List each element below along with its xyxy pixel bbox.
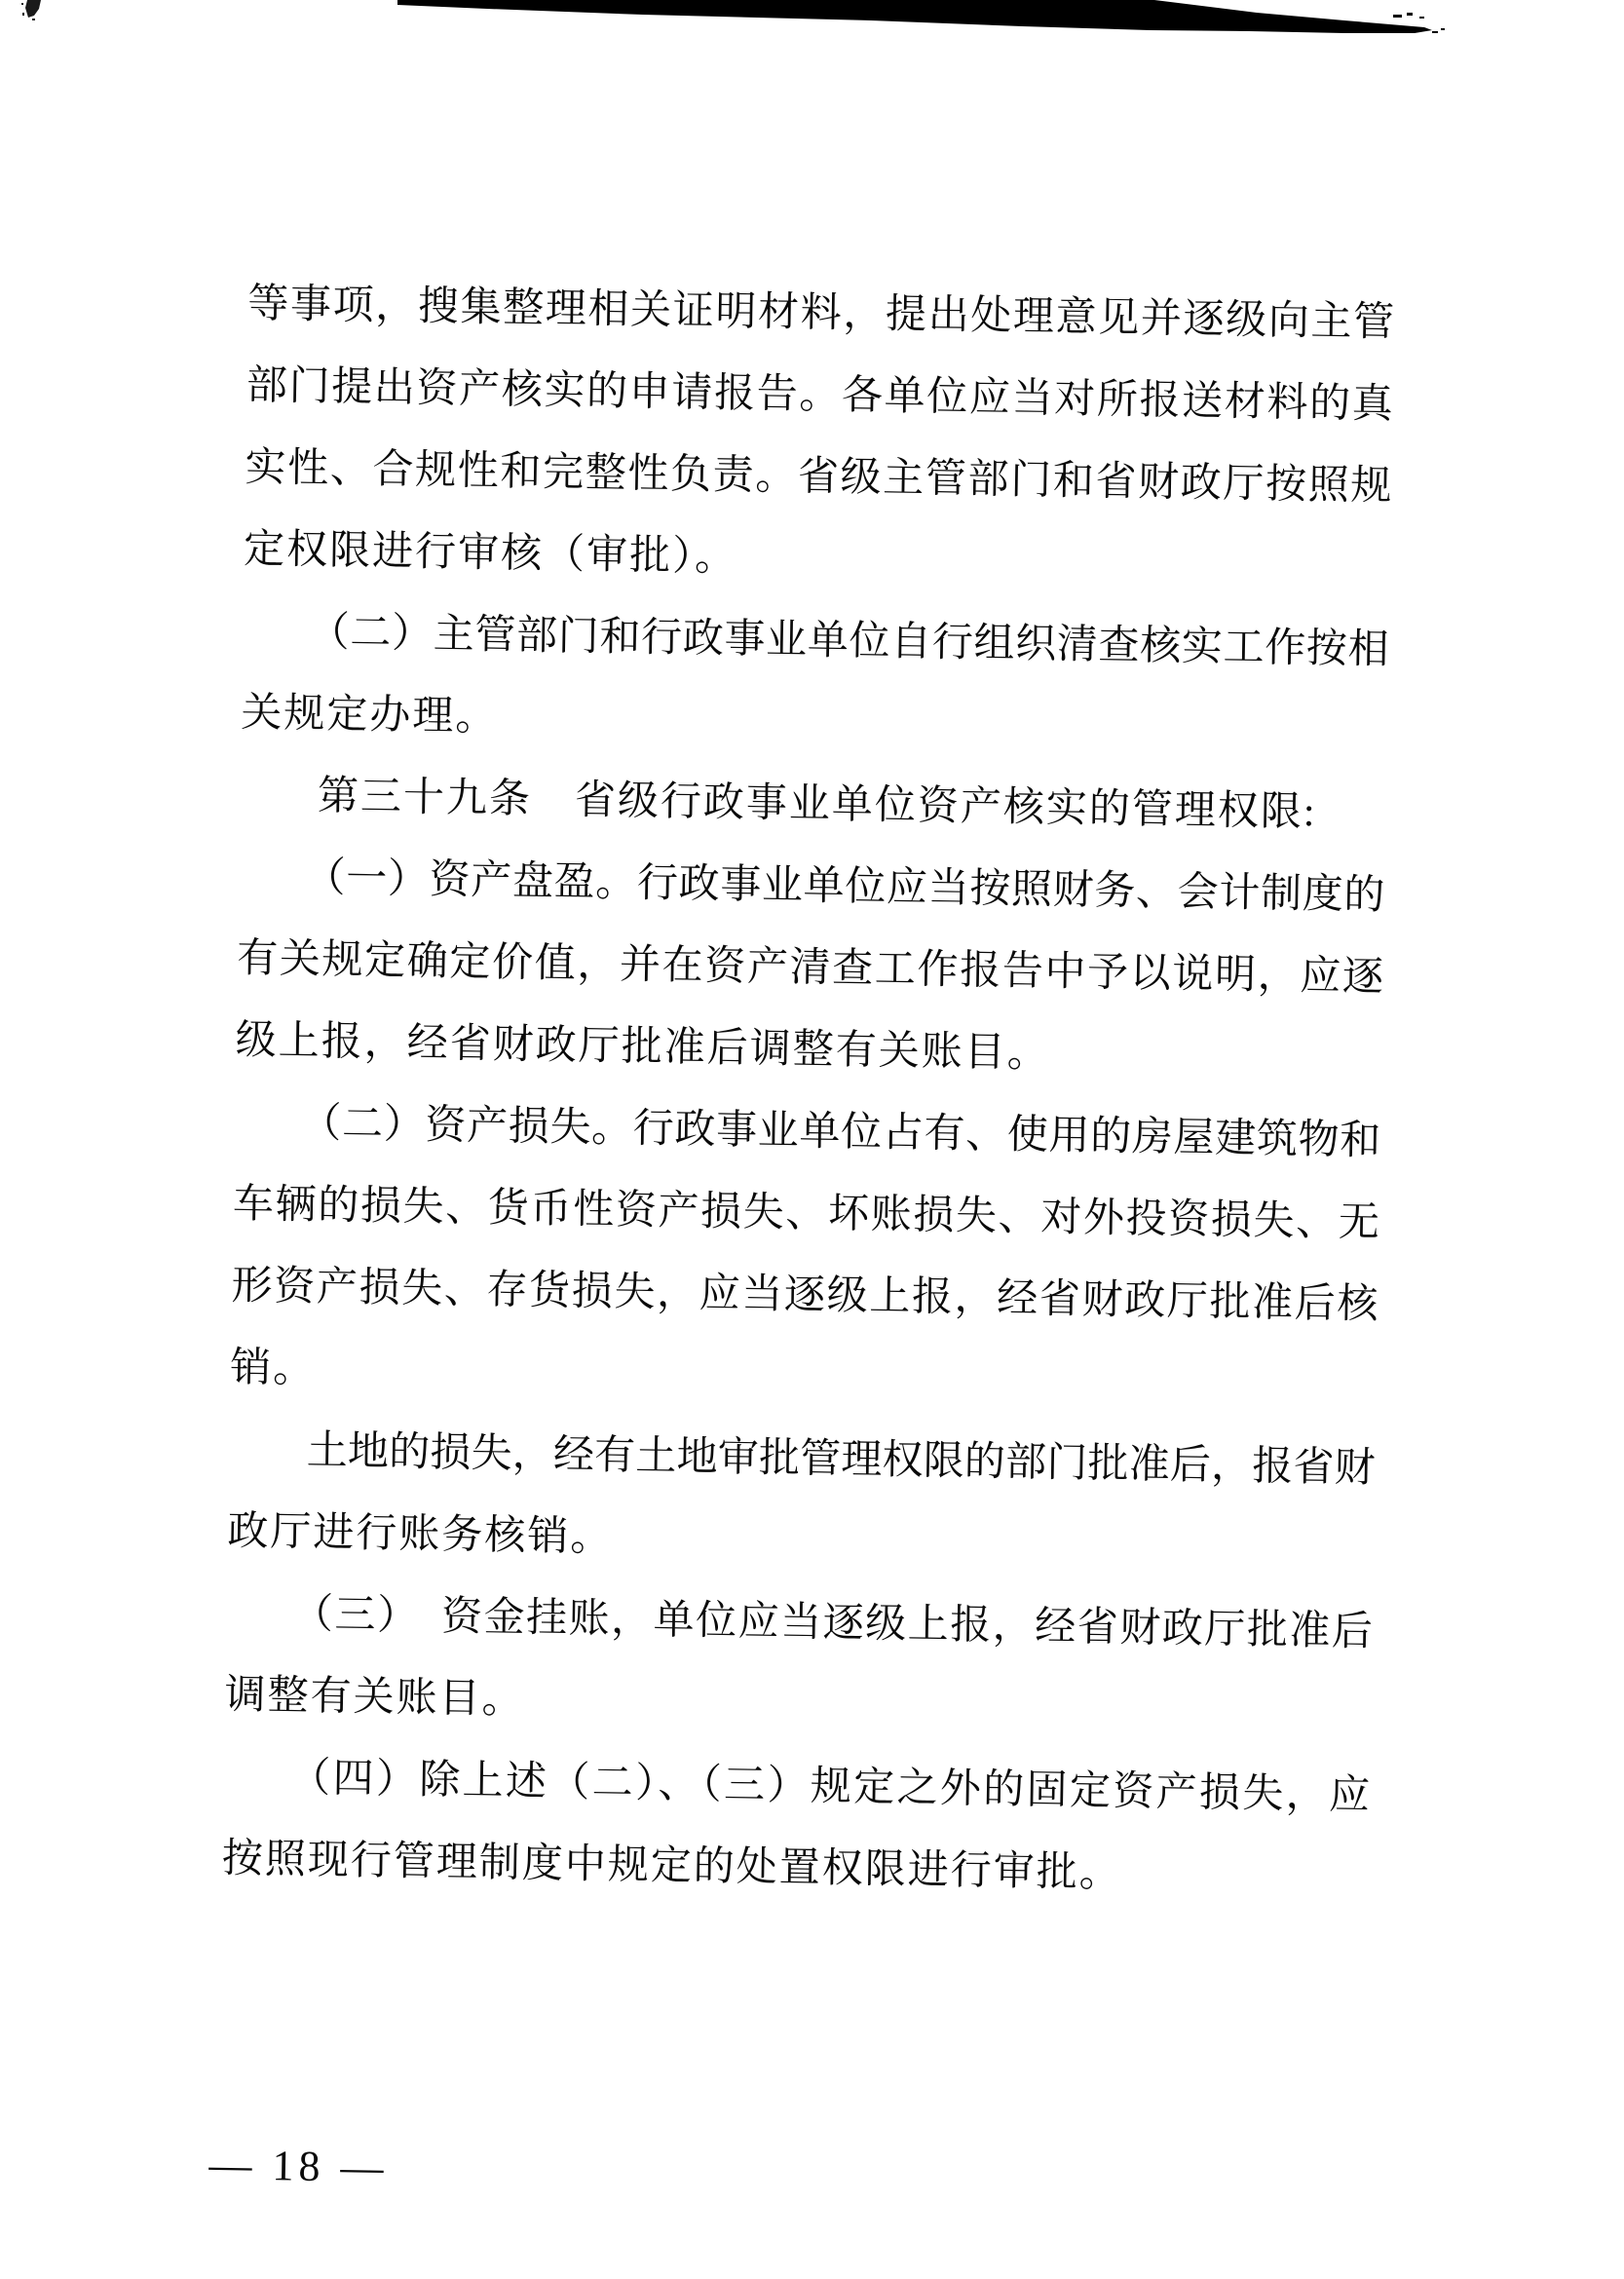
document-page: 等事项，搜集整理相关证明材料，提出处理意见并逐级向主管 部门提出资产核实的申请报… [0, 0, 1624, 2279]
scan-smudge-top-icon [0, 0, 1624, 58]
article-number: 第三十九条 [318, 774, 533, 822]
page-number: — 18 — [208, 2140, 389, 2192]
document-body: 等事项，搜集整理相关证明材料，提出处理意见并逐级向主管 部门提出资产核实的申请报… [221, 263, 1395, 1918]
scan-mark-top-left-icon [0, 0, 58, 29]
article-title: 省级行政事业单位资产核实的管理权限: [532, 778, 1317, 835]
